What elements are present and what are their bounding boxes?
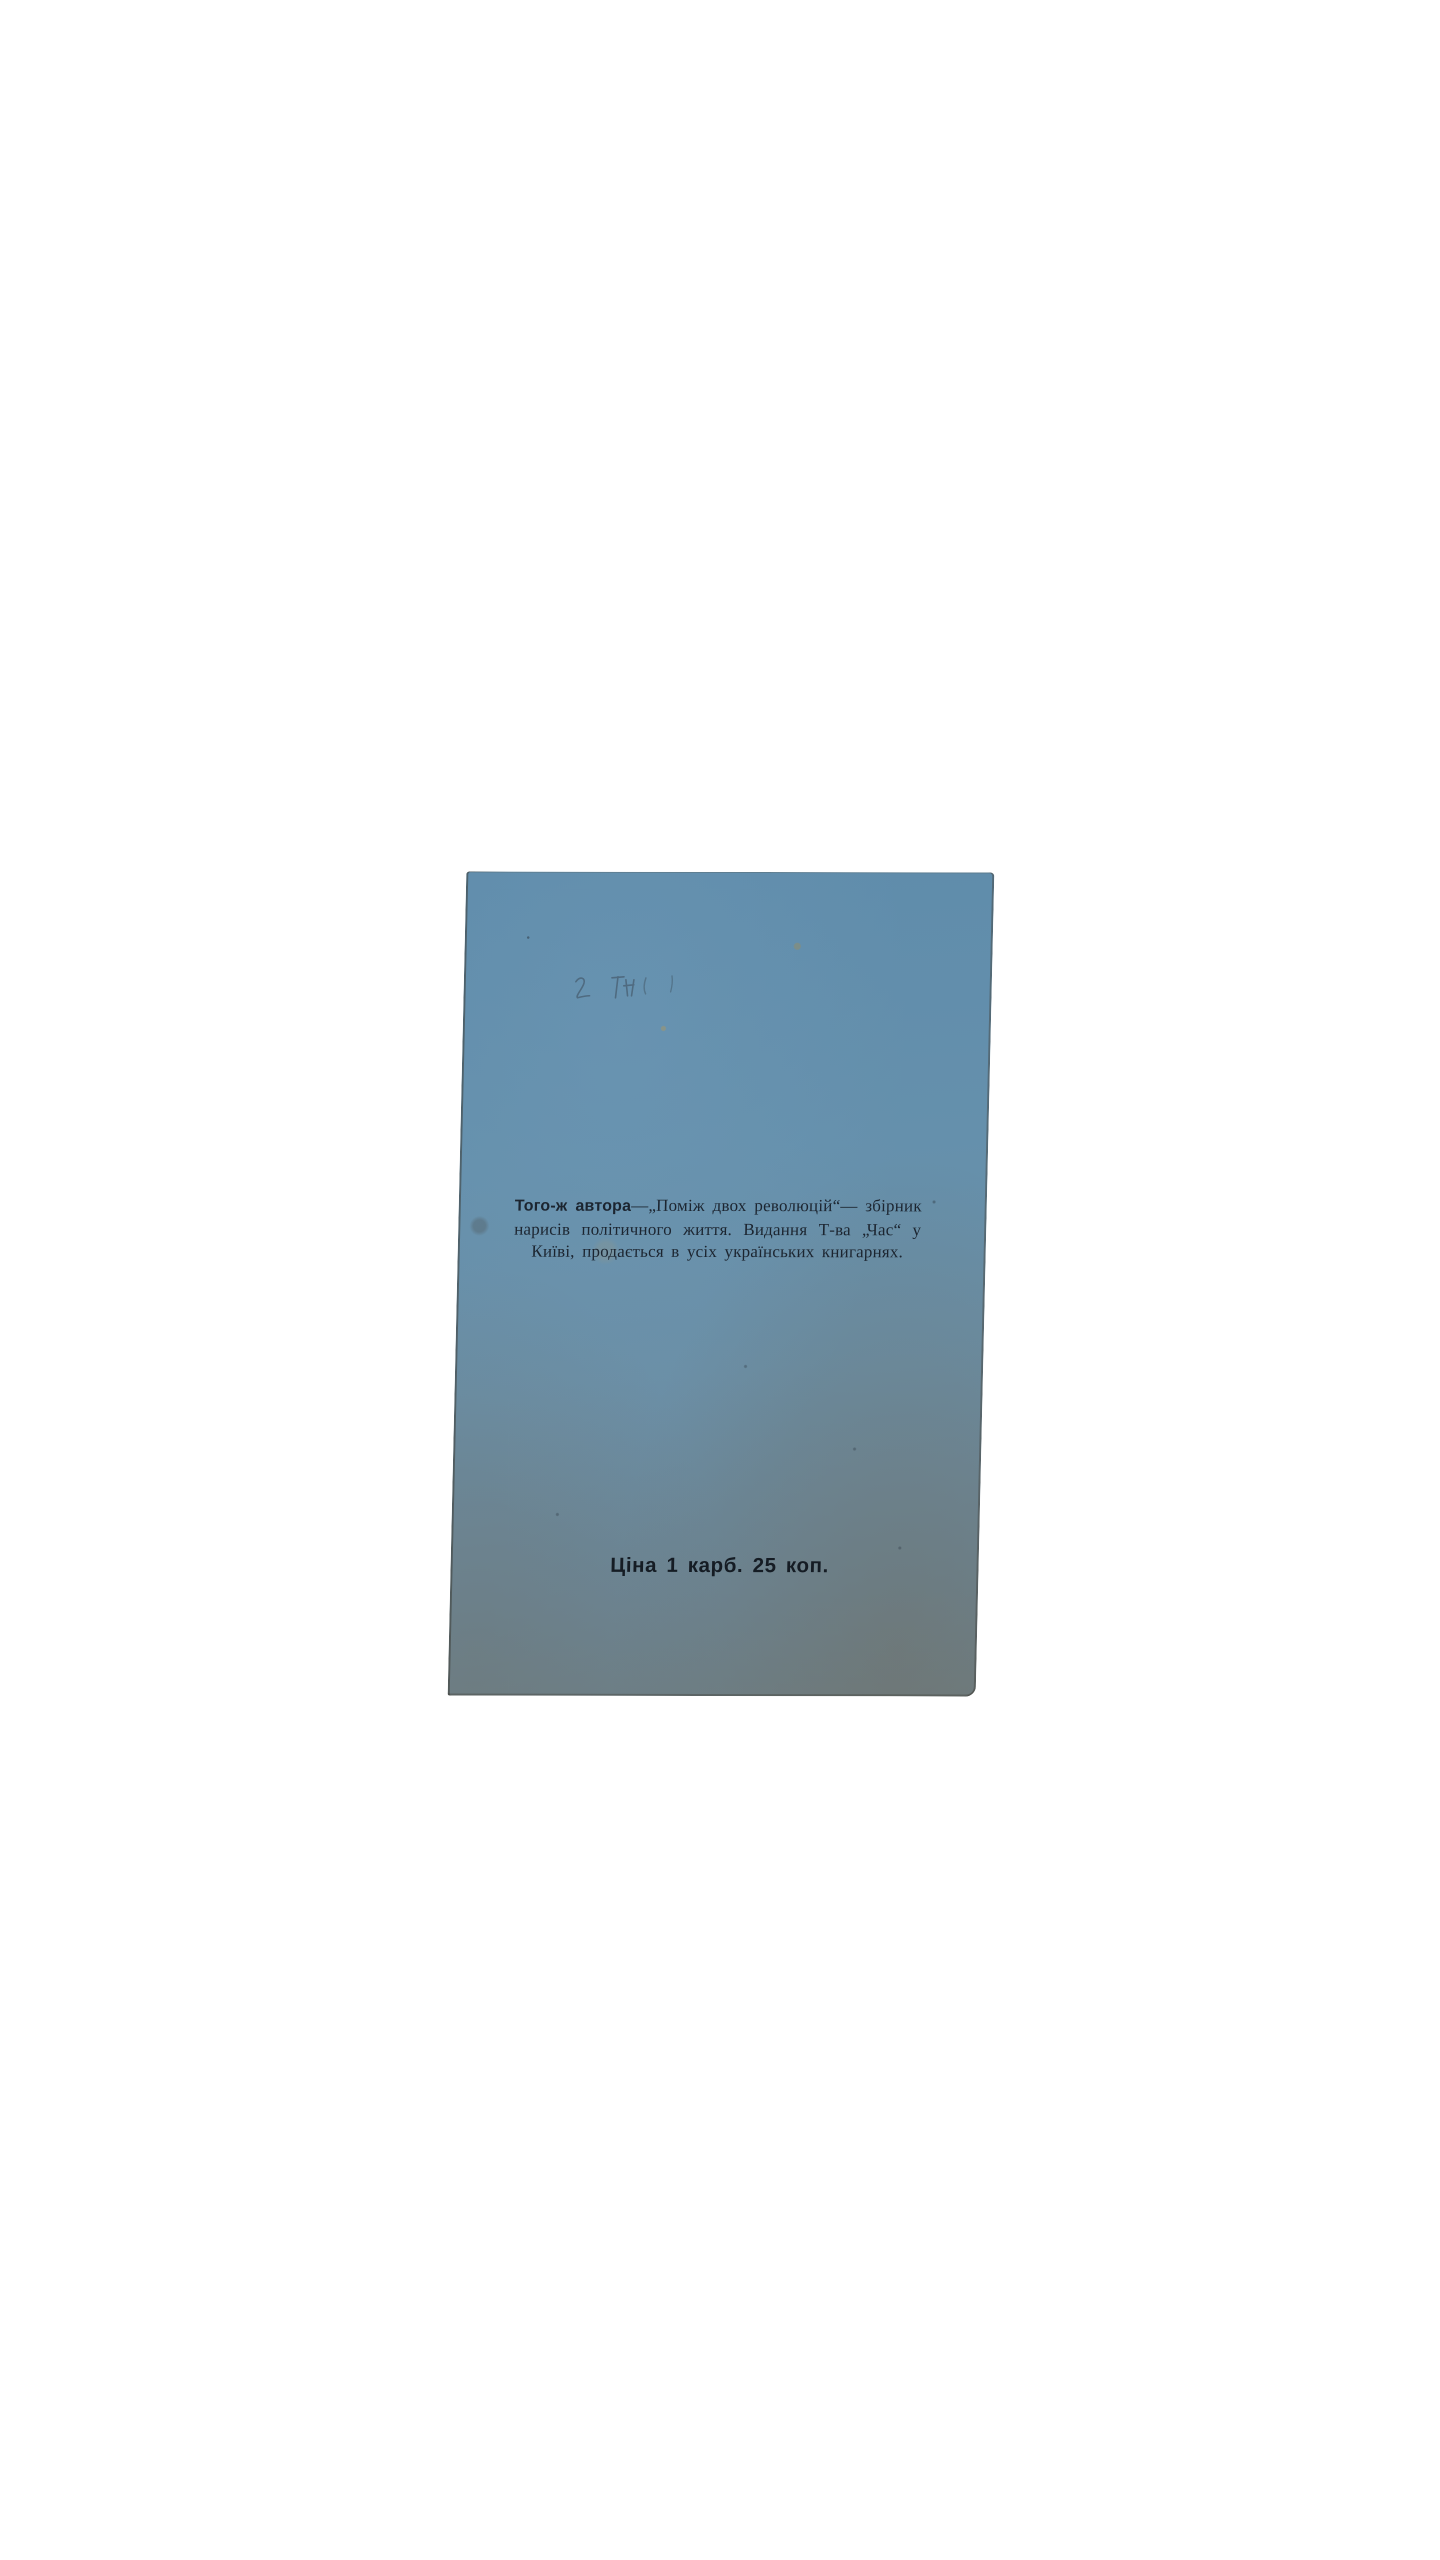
same-author-notice: Того-ж автора—„Поміж двох революцій“— зб… [513,1195,922,1264]
booklet-back-cover: Того-ж автора—„Поміж двох революцій“— зб… [448,872,995,1697]
price-label: Ціна 1 карб. 25 коп. [450,1554,979,1579]
pencil-annotation [571,972,682,1002]
notice-author-label: Того-ж автора [515,1198,632,1215]
